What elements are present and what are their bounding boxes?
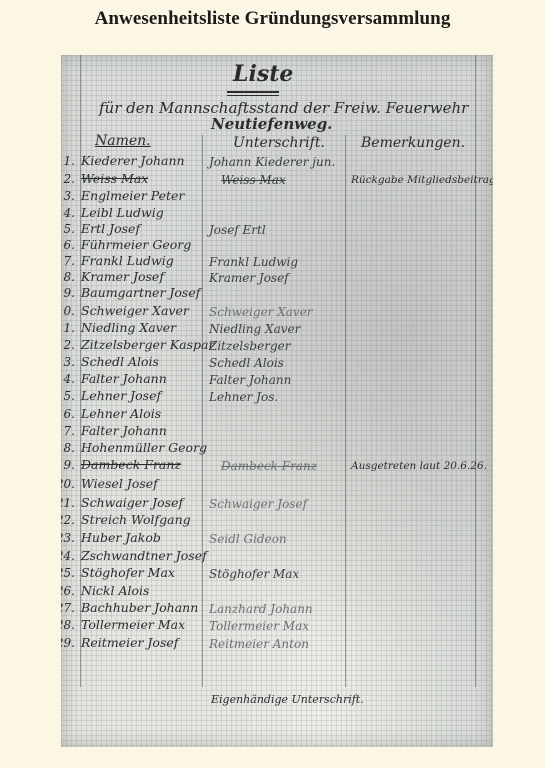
member-signature: Frankl Ludwig — [209, 255, 298, 269]
footer-note: Eigenhändige Unterschrift. — [211, 693, 364, 706]
member-name: Bachhuber Johann — [81, 600, 198, 615]
row-number: 7. — [61, 254, 75, 268]
member-signature: Weiss Max — [221, 173, 286, 187]
row-number: 8. — [61, 270, 75, 284]
row-number: 20. — [61, 477, 75, 491]
member-signature: Schedl Alois — [209, 356, 284, 370]
member-name: Leibl Ludwig — [81, 205, 164, 220]
heading-underline-2 — [227, 95, 279, 96]
row-number: 19. — [61, 458, 75, 472]
member-name: Wiesel Josef — [81, 476, 158, 491]
row-number: 10. — [61, 304, 75, 318]
page-title: Anwesenheitsliste Gründungsversammlung — [0, 8, 545, 30]
member-name: Stöghofer Max — [81, 565, 175, 580]
row-number: 25. — [61, 566, 75, 580]
heading-underline — [227, 91, 279, 93]
member-name: Falter Johann — [81, 423, 167, 438]
member-name: Hohenmüller Georg — [81, 440, 207, 455]
member-name: Streich Wolfgang — [81, 512, 191, 527]
member-signature: Zitzelsberger — [209, 339, 290, 353]
member-signature: Kramer Josef — [209, 271, 289, 285]
member-name: Führmeier Georg — [81, 237, 191, 252]
row-number: 29. — [61, 636, 75, 650]
row-number: 26. — [61, 584, 75, 598]
member-name: Niedling Xaver — [81, 320, 176, 335]
member-name: Reitmeier Josef — [81, 635, 178, 650]
member-signature: Stöghofer Max — [209, 567, 299, 581]
row-number: 24. — [61, 549, 75, 563]
member-name: Zitzelsberger Kaspar — [81, 337, 214, 352]
member-name: Schwaiger Josef — [81, 495, 183, 510]
member-name: Tollermeier Max — [81, 617, 185, 632]
row-number: 3. — [61, 189, 75, 203]
member-signature: Lanzhard Johann — [209, 602, 313, 616]
member-signature: Schwaiger Josef — [209, 497, 307, 511]
member-name: Frankl Ludwig — [81, 253, 174, 268]
member-name: Zschwandtner Josef — [81, 548, 207, 563]
right-margin-rule — [475, 55, 476, 687]
row-number: 6. — [61, 238, 75, 252]
row-number: 5. — [61, 222, 75, 236]
member-signature: Niedling Xaver — [209, 322, 300, 336]
row-number: 12. — [61, 338, 75, 352]
member-signature: Johann Kiederer jun. — [209, 155, 335, 169]
row-number: 18. — [61, 441, 75, 455]
row-number: 9. — [61, 286, 75, 300]
document-heading: Liste — [233, 61, 293, 87]
member-name: Englmeier Peter — [81, 188, 184, 203]
member-name: Falter Johann — [81, 371, 167, 386]
member-name: Huber Jakob — [81, 530, 161, 545]
member-name: Weiss Max — [81, 171, 148, 186]
row-number: 21. — [61, 496, 75, 510]
member-name: Kiederer Johann — [81, 153, 185, 168]
member-signature: Reitmeier Anton — [209, 637, 309, 651]
member-name: Baumgartner Josef — [81, 285, 200, 300]
member-signature: Tollermeier Max — [209, 619, 309, 633]
member-remark: Rückgabe Mitgliedsbeitrag 7.1.27 — [351, 174, 493, 186]
row-number: 1. — [61, 154, 75, 168]
member-signature: Josef Ertl — [209, 223, 266, 237]
row-number: 17. — [61, 424, 75, 438]
row-number: 27. — [61, 601, 75, 615]
row-number: 23. — [61, 531, 75, 545]
member-remark: Ausgetreten laut 20.6.26. — [351, 460, 487, 472]
row-number: 15. — [61, 389, 75, 403]
row-number: 4. — [61, 206, 75, 220]
member-name: Lehner Alois — [81, 406, 161, 421]
scanned-document: Liste für den Mannschaftsstand der Freiw… — [61, 55, 493, 747]
column-header-names: Namen. — [95, 133, 151, 149]
member-name: Schweiger Xaver — [81, 303, 189, 318]
row-number: 28. — [61, 618, 75, 632]
member-name: Dambeck Franz — [81, 457, 181, 472]
member-name: Lehner Josef — [81, 388, 161, 403]
column-header-signature: Unterschrift. — [233, 135, 325, 151]
row-number: 14. — [61, 372, 75, 386]
row-number: 16. — [61, 407, 75, 421]
member-signature: Dambeck Franz — [221, 459, 317, 473]
row-number: 22. — [61, 513, 75, 527]
member-name: Kramer Josef — [81, 269, 164, 284]
column-header-remarks: Bemerkungen. — [361, 135, 465, 151]
member-signature: Seidl Gideon — [209, 532, 287, 546]
member-name: Ertl Josef — [81, 221, 140, 236]
member-signature: Lehner Jos. — [209, 390, 278, 404]
member-name: Nickl Alois — [81, 583, 149, 598]
row-number: 13. — [61, 355, 75, 369]
member-name: Schedl Alois — [81, 354, 159, 369]
member-signature: Schweiger Xaver — [209, 305, 313, 319]
member-signature: Falter Johann — [209, 373, 291, 387]
document-location: Neutiefenweg. — [211, 115, 332, 133]
row-number: 2. — [61, 172, 75, 186]
row-number: 11. — [61, 321, 75, 335]
names-column-rule — [202, 135, 203, 687]
signature-column-rule — [345, 135, 346, 687]
